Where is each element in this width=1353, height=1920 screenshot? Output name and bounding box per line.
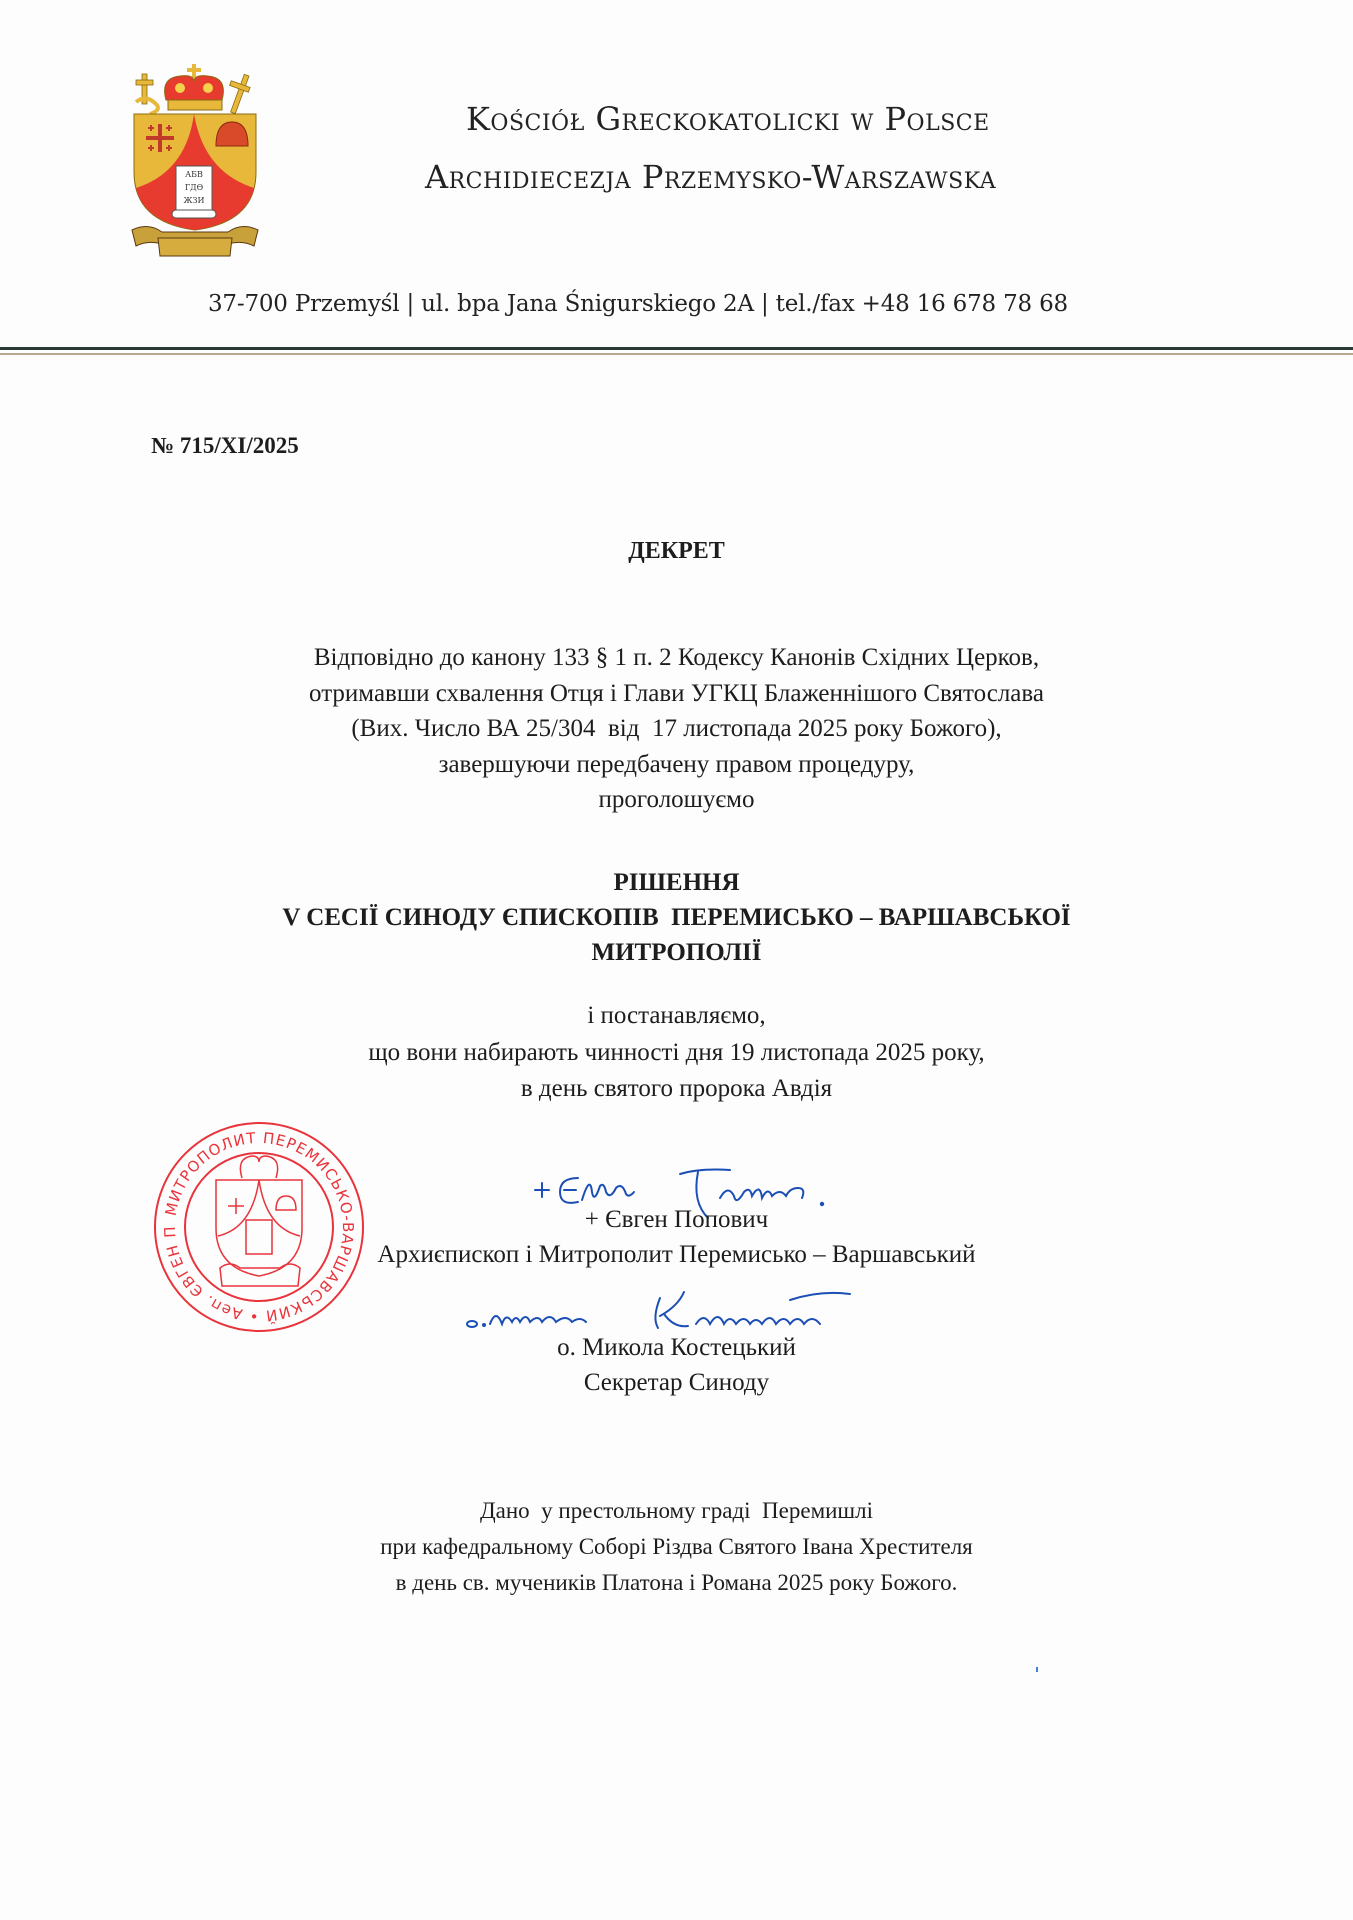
preamble-line: завершуючи передбачену правом процедуру, [0, 747, 1353, 783]
decision-line: МИТРОПОЛІЇ [0, 935, 1353, 970]
decision-line: V СЕСІЇ СИНОДУ ЄПИСКОПІВ ПЕРЕМИСЬКО – ВА… [0, 900, 1353, 935]
preamble-line: (Вих. Число ВА 25/304 від 17 листопада 2… [0, 711, 1353, 747]
coat-of-arms-icon: АБВ ГДѲ ЖЗИ [128, 62, 263, 257]
svg-text:ЖЗИ: ЖЗИ [184, 196, 205, 205]
header-divider-secondary [0, 353, 1353, 355]
document-number: № 715/XI/2025 [151, 433, 299, 459]
given-line: в день св. мучеників Платона і Романа 20… [0, 1565, 1353, 1601]
ordinance-line: що вони набирають чинності дня 19 листоп… [0, 1035, 1353, 1072]
given-line: при кафедральному Соборі Різдва Святого … [0, 1529, 1353, 1565]
preamble-line: отримавши схвалення Отця і Глави УГКЦ Бл… [0, 676, 1353, 712]
signatory-role: Секретар Синоду [0, 1365, 1353, 1400]
decision-line: РІШЕННЯ [0, 865, 1353, 900]
svg-text:ГДѲ: ГДѲ [185, 183, 204, 192]
preamble-line: проголошуємо [0, 782, 1353, 818]
ordinance: і постанавляємо, що вони набирають чинно… [0, 998, 1353, 1108]
contact-address: 37-700 Przemyśl | ul. bpa Jana Śnigurski… [208, 291, 1068, 317]
svg-text:АБВ: АБВ [185, 170, 203, 179]
signatory-name: о. Микола Костецький [0, 1330, 1353, 1365]
signatory-archbishop: + Євген Попович Архиєпископ і Митрополит… [0, 1202, 1353, 1272]
given-line: Дано у престольному граді Перемишлі [0, 1493, 1353, 1529]
signatory-role: Архиєпископ і Митрополит Перемисько – Ва… [0, 1237, 1353, 1272]
signatory-name: + Євген Попович [0, 1202, 1353, 1237]
preamble: Відповідно до канону 133 § 1 п. 2 Кодекс… [0, 640, 1353, 818]
decree-title: ДЕКРЕТ [0, 538, 1353, 565]
header-divider [0, 347, 1353, 350]
ink-speck [1036, 1667, 1038, 1672]
ordinance-line: в день святого пророка Авдія [0, 1071, 1353, 1108]
preamble-line: Відповідно до канону 133 § 1 п. 2 Кодекс… [0, 640, 1353, 676]
decision-heading: РІШЕННЯ V СЕСІЇ СИНОДУ ЄПИСКОПІВ ПЕРЕМИС… [0, 865, 1353, 970]
church-title: Kościół Greckokatolicki w Polsce [466, 100, 990, 138]
ordinance-line: і постанавляємо, [0, 998, 1353, 1035]
archdiocese-title: Archidiecezja Przemysko-Warszawska [425, 158, 996, 196]
signatory-secretary: о. Микола Костецький Секретар Синоду [0, 1330, 1353, 1400]
given-at: Дано у престольному граді Перемишлі при … [0, 1493, 1353, 1601]
